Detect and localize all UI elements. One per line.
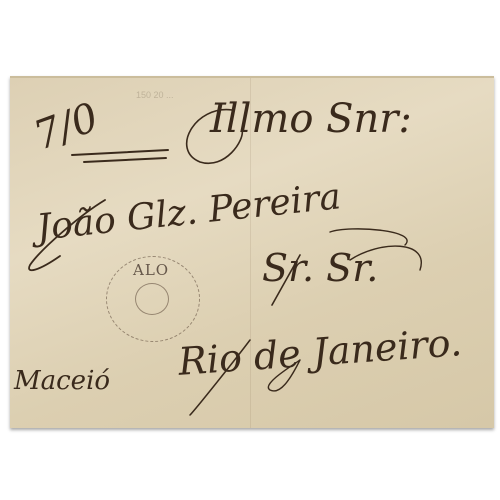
pen-flourishes: [0, 0, 500, 500]
